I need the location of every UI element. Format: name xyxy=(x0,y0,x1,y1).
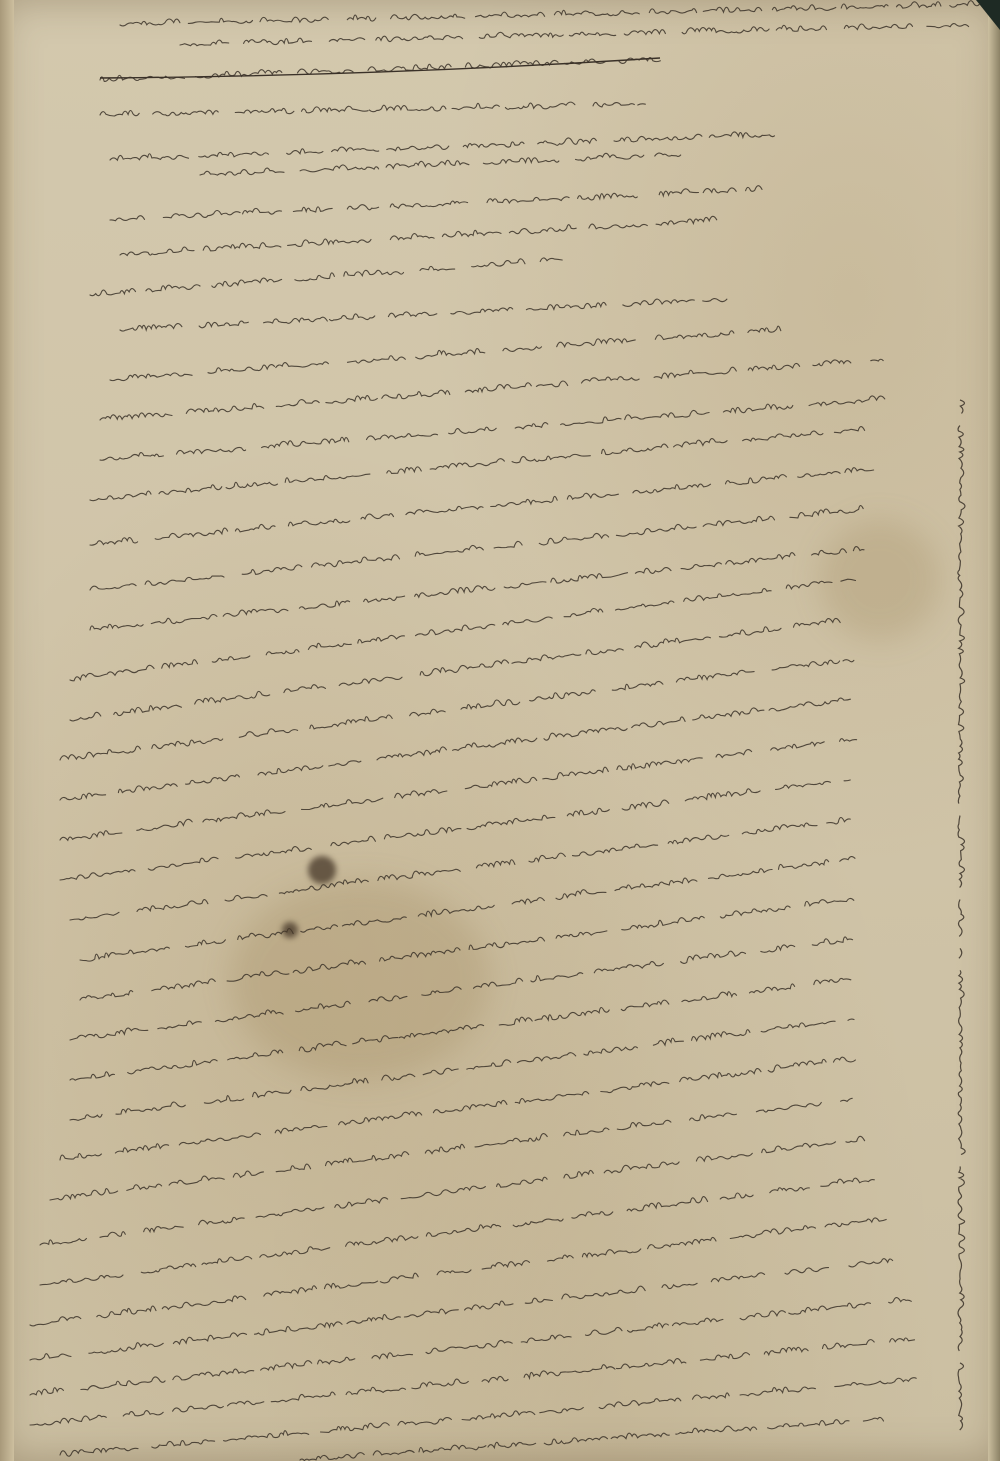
handwritten-line xyxy=(60,739,857,841)
handwritten-line xyxy=(100,396,885,460)
handwritten-line xyxy=(90,468,874,545)
handwritten-line xyxy=(180,24,969,46)
handwritten-line xyxy=(200,153,681,175)
handwritten-line xyxy=(30,1298,911,1395)
handwritten-line xyxy=(40,1178,874,1285)
handwritten-line xyxy=(60,660,854,760)
handwritten-line xyxy=(40,1136,865,1245)
handwritten-line xyxy=(90,547,864,630)
handwritten-line xyxy=(70,978,851,1080)
ink-blot xyxy=(282,922,298,938)
handwritten-line xyxy=(70,1019,854,1120)
handwritten-line xyxy=(60,1378,916,1457)
handwritten-line xyxy=(80,898,854,1000)
handwritten-line xyxy=(50,1098,852,1200)
handwritten-line xyxy=(90,427,865,501)
ink-blot xyxy=(308,856,336,884)
handwritten-line xyxy=(120,1,980,26)
handwritten-line xyxy=(60,1057,855,1160)
strikethrough xyxy=(100,58,660,78)
handwritten-text xyxy=(0,0,1000,1461)
handwritten-line xyxy=(120,299,727,332)
handwritten-line xyxy=(100,58,660,82)
handwritten-line xyxy=(90,506,863,590)
margin-note xyxy=(958,400,965,1442)
handwritten-line xyxy=(120,216,717,255)
handwritten-line xyxy=(70,937,853,1040)
handwritten-line xyxy=(70,618,840,721)
handwritten-line xyxy=(30,1338,915,1425)
handwritten-line xyxy=(100,102,645,116)
handwritten-line xyxy=(110,186,762,221)
handwritten-line xyxy=(60,780,850,880)
handwritten-line xyxy=(80,857,855,962)
manuscript-page: Handwritten Hebrew manuscript page on ag… xyxy=(0,0,1000,1461)
handwritten-line xyxy=(90,258,562,296)
handwritten-line xyxy=(60,698,850,800)
handwritten-line xyxy=(110,326,781,380)
handwritten-line xyxy=(70,817,850,920)
handwritten-line xyxy=(30,1259,893,1360)
